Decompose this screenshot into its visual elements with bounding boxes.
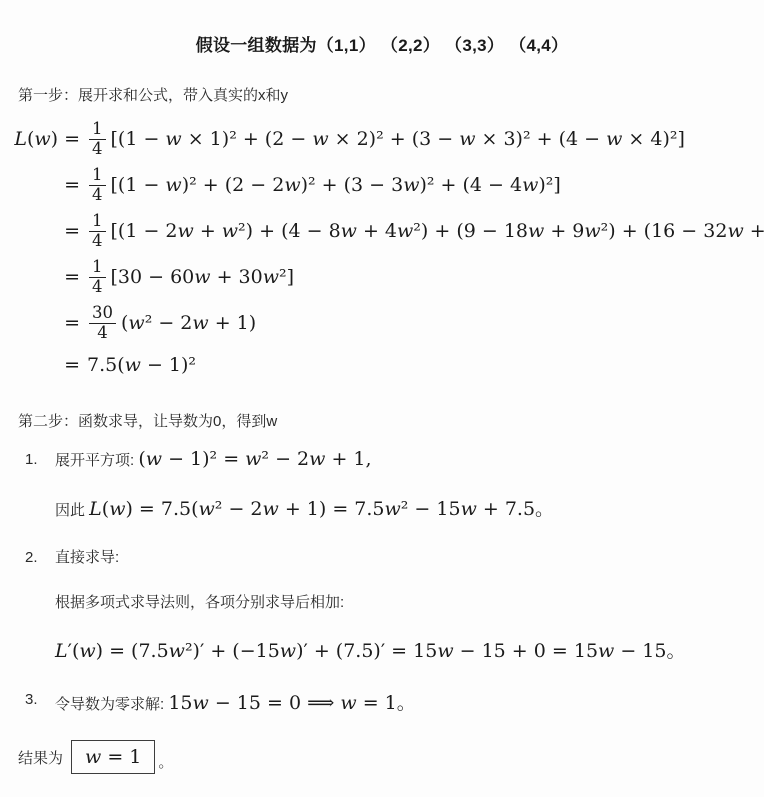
- equation-lhs: =: [14, 354, 80, 376]
- equation-line: =14[(1 − 2w + w²) + (4 − 8w + 4w²) + (9 …: [14, 208, 764, 254]
- fraction: 14: [89, 258, 106, 296]
- fraction: 14: [89, 120, 106, 158]
- equation-lhs: L(w) =: [14, 128, 80, 150]
- equation-lhs: =: [14, 312, 80, 334]
- result-suffix: 。: [158, 751, 173, 774]
- fraction: 14: [89, 166, 106, 204]
- equation-body: [30 − 60w + 30w²]: [111, 266, 295, 288]
- list-item-line: 令导数为零求解: 15w − 15 = 0 ⟹ w = 1。: [55, 688, 764, 715]
- list-item-number: 1.: [25, 448, 55, 521]
- list-item: 3.令导数为零求解: 15w − 15 = 0 ⟹ w = 1。: [25, 688, 764, 715]
- equation-block: L(w) =14[(1 − w × 1)² + (2 − w × 2)² + (…: [14, 116, 764, 384]
- page: 假设一组数据为（1,1） （2,2） （3,3） （4,4） 第一步：展开求和公…: [0, 0, 764, 797]
- equation-lhs: =: [14, 266, 80, 288]
- fraction: 14: [89, 212, 106, 250]
- steps-list: 1.展开平方项: (w − 1)² = w² − 2w + 1,因此 L(w) …: [25, 448, 764, 740]
- equation-line: =14[30 − 60w + 30w²]: [14, 254, 764, 300]
- list-item-math: 15w − 15 = 0 ⟹ w = 1。: [168, 692, 415, 714]
- list-item-line: 直接求导:: [55, 546, 764, 567]
- list-item-line: 因此 L(w) = 7.5(w² − 2w + 1) = 7.5w² − 15w…: [55, 494, 764, 521]
- list-item-text: 根据多项式求导法则，各项分别求导后相加:: [55, 594, 344, 611]
- list-item-number: 3.: [25, 688, 55, 715]
- list-item: 2.直接求导:根据多项式求导法则，各项分别求导后相加:L′(w) = (7.5w…: [25, 546, 764, 663]
- list-item-text: 直接求导:: [55, 549, 119, 566]
- list-item-math: L(w) = 7.5(w² − 2w + 1) = 7.5w² − 15w + …: [89, 498, 554, 520]
- result-box-math: w = 1: [85, 746, 141, 768]
- equation-body: 7.5(w − 1)²: [87, 354, 196, 376]
- page-title: 假设一组数据为（1,1） （2,2） （3,3） （4,4）: [0, 31, 764, 56]
- step1-heading: 第一步：展开求和公式，带入真实的x和y: [18, 84, 288, 105]
- list-item-text: 因此: [55, 502, 89, 519]
- list-item-math: (w − 1)² = w² − 2w + 1,: [138, 448, 371, 470]
- equation-line: =304(w² − 2w + 1): [14, 300, 764, 346]
- equation-line: L(w) =14[(1 − w × 1)² + (2 − w × 2)² + (…: [14, 116, 764, 162]
- list-item-math: L′(w) = (7.5w²)′ + (−15w)′ + (7.5)′ = 15…: [55, 640, 686, 662]
- equation-lhs: =: [14, 174, 80, 196]
- step2-heading: 第二步：函数求导，让导数为0，得到w: [18, 410, 277, 431]
- list-item-line: 根据多项式求导法则，各项分别求导后相加:: [55, 591, 764, 612]
- result-line: 结果为 w = 1 。: [18, 740, 173, 774]
- equation-body: [(1 − w × 1)² + (2 − w × 2)² + (3 − w × …: [111, 128, 685, 150]
- equation-body: [(1 − w)² + (2 − 2w)² + (3 − 3w)² + (4 −…: [111, 174, 561, 196]
- result-box: w = 1: [71, 740, 155, 774]
- list-item-text: 展开平方项:: [55, 452, 138, 469]
- equation-body: [(1 − 2w + w²) + (4 − 8w + 4w²) + (9 − 1…: [111, 220, 764, 242]
- list-item-number: 2.: [25, 546, 55, 663]
- result-prefix: 结果为: [18, 747, 63, 768]
- fraction: 304: [89, 304, 116, 342]
- equation-line: =14[(1 − w)² + (2 − 2w)² + (3 − 3w)² + (…: [14, 162, 764, 208]
- list-item-line: L′(w) = (7.5w²)′ + (−15w)′ + (7.5)′ = 15…: [55, 636, 764, 663]
- equation-body: (w² − 2w + 1): [121, 312, 256, 334]
- list-item-line: 展开平方项: (w − 1)² = w² − 2w + 1,: [55, 448, 764, 470]
- equation-lhs: =: [14, 220, 80, 242]
- list-item: 1.展开平方项: (w − 1)² = w² − 2w + 1,因此 L(w) …: [25, 448, 764, 521]
- equation-line: =7.5(w − 1)²: [14, 346, 764, 384]
- list-item-text: 令导数为零求解:: [55, 696, 168, 713]
